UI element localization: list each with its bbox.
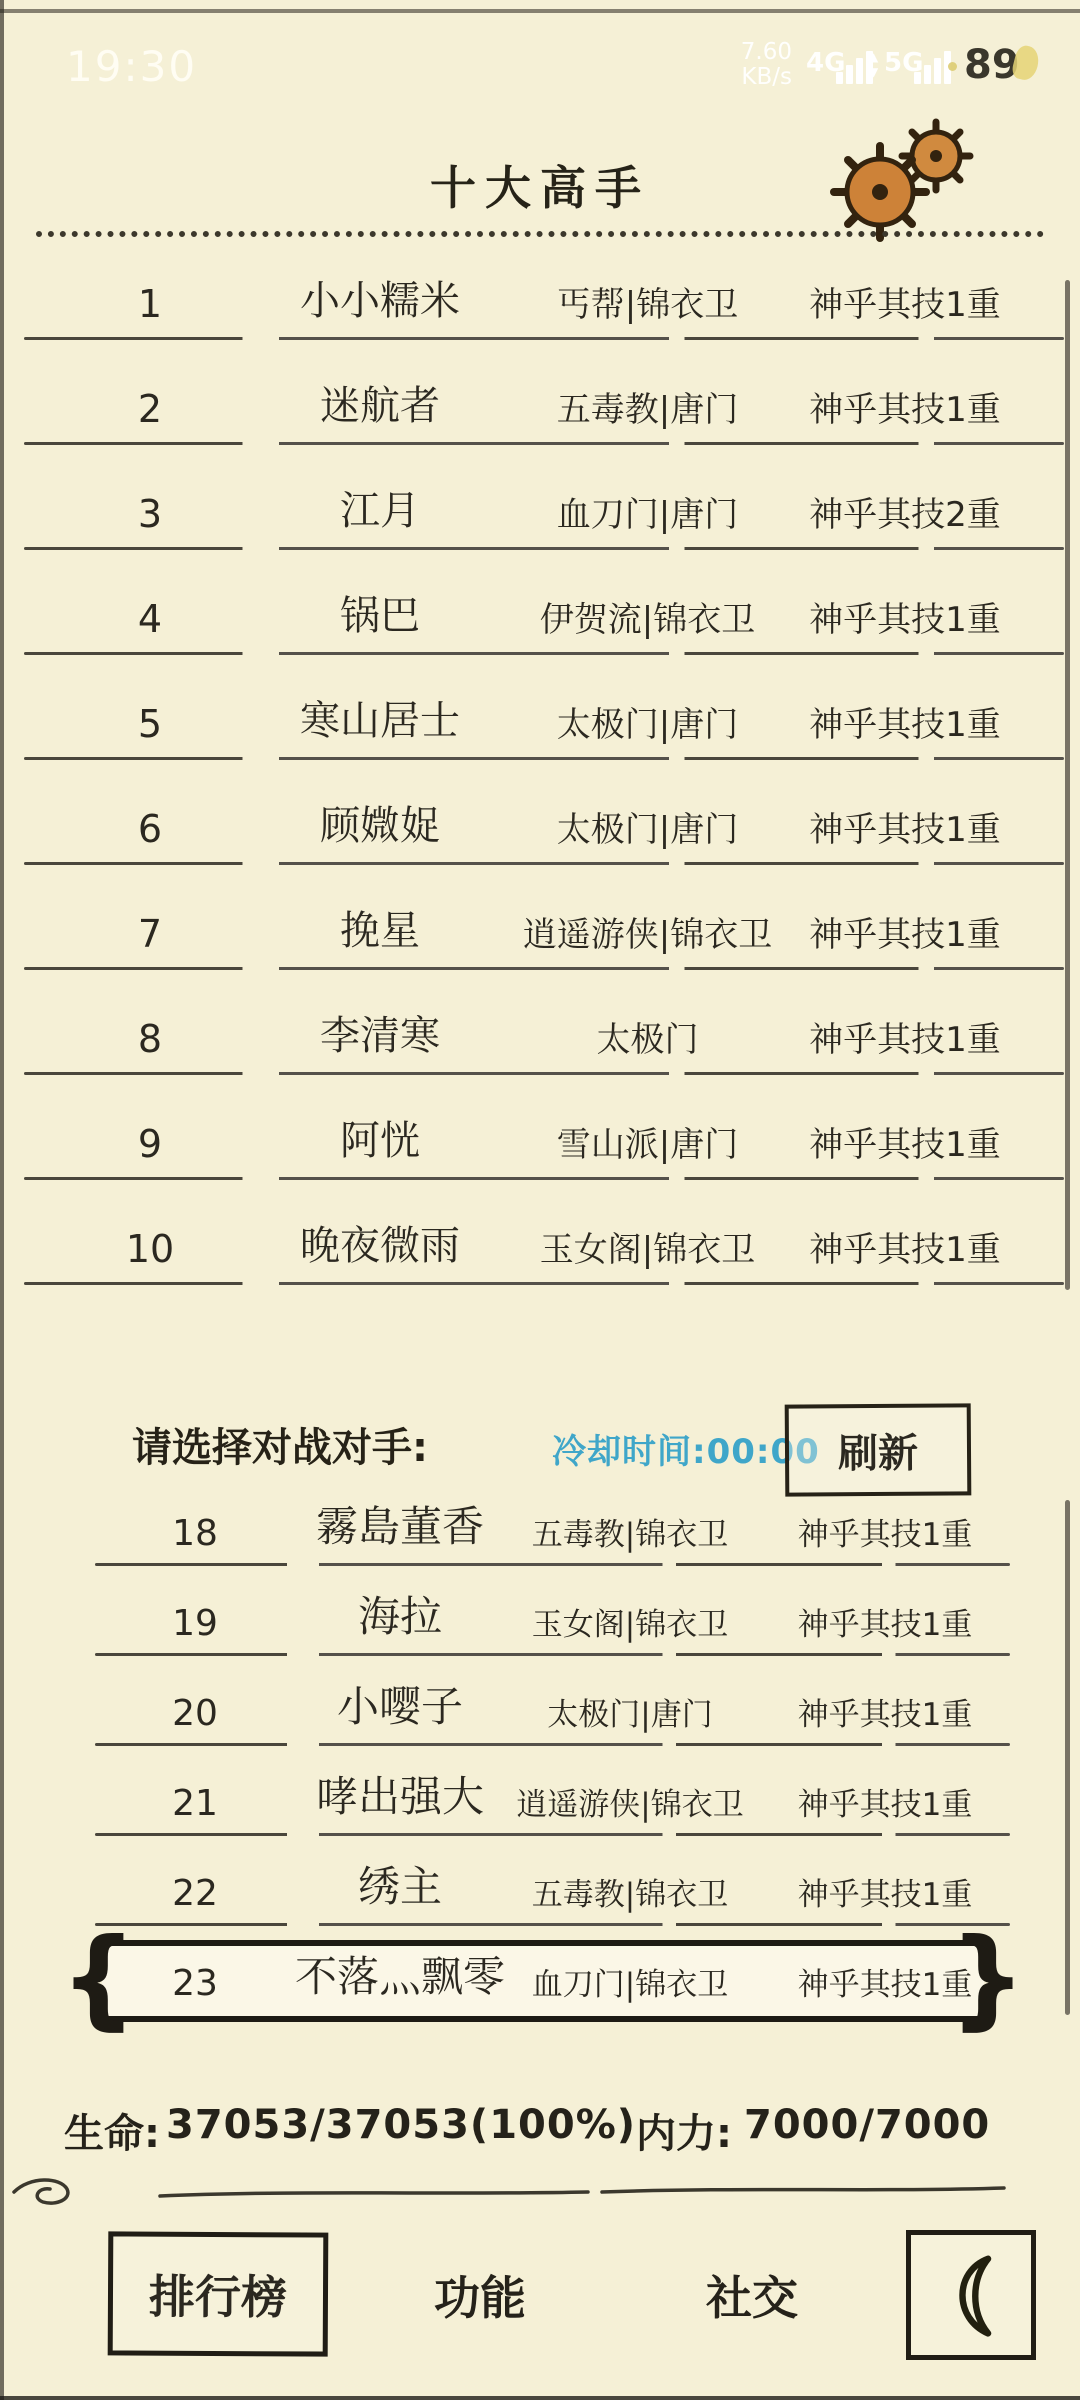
top-list-row[interactable]: 5 寒山居士 太极门|唐门 神乎其技1重 <box>0 655 1080 760</box>
opponent-list: 18 霧島董香 五毒教|锦衣卫 神乎其技1重 19 海拉 玉女阁|锦衣卫 神乎其… <box>0 1476 1080 2016</box>
opponent-skill: 神乎其技1重 <box>755 1779 1015 1824</box>
opponent-faction: 血刀门|锦衣卫 <box>515 1959 745 2004</box>
player-name: 寒山居士 <box>235 689 525 746</box>
top-list-row[interactable]: 8 李清寒 太极门 神乎其技1重 <box>0 970 1080 1075</box>
tab-ranking-label: 排行榜 <box>149 2261 287 2328</box>
opponent-faction: 太极门|唐门 <box>515 1689 745 1734</box>
player-skill: 神乎其技1重 <box>790 1117 1020 1166</box>
player-name: 晚夜微雨 <box>235 1214 525 1271</box>
status-time: 19:30 <box>66 42 197 91</box>
player-name: 挽星 <box>235 899 525 956</box>
cooldown-timer: 冷却时间:00:00 <box>552 1424 820 1473</box>
tab-social[interactable]: 社交 <box>706 2262 798 2328</box>
top-list-row[interactable]: 2 迷航者 五毒教|唐门 神乎其技1重 <box>0 340 1080 445</box>
player-faction: 伊贺流|锦衣卫 <box>520 592 775 641</box>
player-name: 锅巴 <box>235 584 525 641</box>
rank-number: 1 <box>105 282 195 326</box>
player-faction: 玉女阁|锦衣卫 <box>520 1222 775 1271</box>
rank-number: 19 <box>150 1603 240 1644</box>
tab-ranking[interactable]: 排行榜 <box>108 2231 329 2356</box>
player-skill: 神乎其技1重 <box>790 907 1020 956</box>
top-list-row[interactable]: 9 阿恍 雪山派|唐门 神乎其技1重 <box>0 1075 1080 1180</box>
player-name: 顾媺娖 <box>235 794 525 851</box>
opponent-row[interactable]: 22 绣主 五毒教|锦衣卫 神乎其技1重 <box>0 1836 1080 1926</box>
opponent-row[interactable]: 21 哮出强大 逍遥游侠|锦衣卫 神乎其技1重 <box>0 1746 1080 1836</box>
opponent-row[interactable]: 23 不落灬飘零 血刀门|锦衣卫 神乎其技1重 <box>0 1926 1080 2016</box>
player-skill: 神乎其技1重 <box>790 1012 1020 1061</box>
rank-number: 7 <box>105 912 195 956</box>
rank-number: 6 <box>105 807 195 851</box>
network-speed: 7.60 KB/s <box>741 40 792 90</box>
rank-number: 23 <box>150 1963 240 2004</box>
network-speed-unit: KB/s <box>741 65 792 90</box>
rank-number: 21 <box>150 1783 240 1824</box>
signal-bars-icon <box>914 48 951 84</box>
player-faction: 太极门|唐门 <box>520 697 775 746</box>
player-faction: 太极门 <box>520 1012 775 1061</box>
opponent-name: 海拉 <box>255 1584 545 1644</box>
opponent-row[interactable]: 20 小嘤子 太极门|唐门 神乎其技1重 <box>0 1656 1080 1746</box>
opponent-faction: 五毒教|锦衣卫 <box>515 1869 745 1914</box>
player-skill: 神乎其技1重 <box>790 592 1020 641</box>
back-button[interactable] <box>906 2230 1036 2360</box>
opponent-faction: 五毒教|锦衣卫 <box>515 1509 745 1554</box>
opponent-skill: 神乎其技1重 <box>755 1689 1015 1734</box>
top-list-row[interactable]: 10 晚夜微雨 玉女阁|锦衣卫 神乎其技1重 <box>0 1180 1080 1285</box>
rank-number: 18 <box>150 1513 240 1554</box>
player-faction: 五毒教|唐门 <box>520 382 775 431</box>
mp-label: 内力: <box>636 2102 732 2159</box>
signal-bars-icon <box>836 48 873 84</box>
player-skill: 神乎其技1重 <box>790 1222 1020 1271</box>
rank-number: 9 <box>105 1122 195 1166</box>
player-name: 李清寒 <box>235 1004 525 1061</box>
decorative-scroll-line <box>0 2166 1080 2216</box>
player-faction: 血刀门|唐门 <box>520 487 775 536</box>
battery-percent: 89 <box>964 42 1020 88</box>
player-name: 阿恍 <box>235 1109 525 1166</box>
row-underline <box>24 1282 1064 1285</box>
opponent-name: 绣主 <box>255 1854 545 1914</box>
opponent-skill: 神乎其技1重 <box>755 1869 1015 1914</box>
top-list-row[interactable]: 3 江月 血刀门|唐门 神乎其技2重 <box>0 445 1080 550</box>
player-name: 迷航者 <box>235 374 525 431</box>
top-list-row[interactable]: 4 锅巴 伊贺流|锦衣卫 神乎其技1重 <box>0 550 1080 655</box>
player-skill: 神乎其技1重 <box>790 277 1020 326</box>
hp-label: 生命: <box>64 2102 160 2159</box>
hp-value: 37053/37053(100%) <box>166 2102 636 2148</box>
back-arrow-icon <box>939 2252 1003 2338</box>
notification-dot-icon <box>948 62 957 71</box>
rank-number: 10 <box>105 1227 195 1271</box>
player-skill: 神乎其技1重 <box>790 382 1020 431</box>
top-ten-list: 1 小小糯米 丐帮|锦衣卫 神乎其技1重 2 迷航者 五毒教|唐门 神乎其技1重… <box>0 235 1080 1285</box>
mp-value: 7000/7000 <box>744 2102 990 2148</box>
opponent-row[interactable]: 18 霧島董香 五毒教|锦衣卫 神乎其技1重 <box>0 1476 1080 1566</box>
player-skill: 神乎其技2重 <box>790 487 1020 536</box>
game-screen: { "colors": { "background": "#f5f0d6", "… <box>0 0 1080 2400</box>
rank-number: 22 <box>150 1873 240 1914</box>
player-name: 小小糯米 <box>235 269 525 326</box>
rank-number: 4 <box>105 597 195 641</box>
opponent-name: 小嘤子 <box>255 1674 545 1734</box>
player-faction: 逍遥游侠|锦衣卫 <box>520 907 775 956</box>
screen-top-edge <box>0 9 1080 13</box>
screen-bottom-edge <box>0 2396 1080 2400</box>
player-name: 江月 <box>235 479 525 536</box>
opponent-faction: 玉女阁|锦衣卫 <box>515 1599 745 1644</box>
rank-number: 8 <box>105 1017 195 1061</box>
opponent-faction: 逍遥游侠|锦衣卫 <box>515 1779 745 1824</box>
top-list-row[interactable]: 7 挽星 逍遥游侠|锦衣卫 神乎其技1重 <box>0 865 1080 970</box>
opponent-skill: 神乎其技1重 <box>755 1959 1015 2004</box>
data-arrows-icon: ▲▼ <box>869 50 878 80</box>
opponent-name: 不落灬飘零 <box>255 1944 545 2004</box>
opponent-row[interactable]: 19 海拉 玉女阁|锦衣卫 神乎其技1重 <box>0 1566 1080 1656</box>
tab-functions[interactable]: 功能 <box>434 2262 526 2328</box>
player-faction: 雪山派|唐门 <box>520 1117 775 1166</box>
player-skill: 神乎其技1重 <box>790 697 1020 746</box>
rank-number: 2 <box>105 387 195 431</box>
opponent-prompt: 请选择对战对手: <box>132 1416 428 1473</box>
opponent-name: 霧島董香 <box>255 1494 545 1554</box>
network-speed-value: 7.60 <box>741 40 792 65</box>
gears-icon <box>818 118 993 243</box>
player-skill: 神乎其技1重 <box>790 802 1020 851</box>
player-faction: 太极门|唐门 <box>520 802 775 851</box>
top-list-row[interactable]: 1 小小糯米 丐帮|锦衣卫 神乎其技1重 <box>0 235 1080 340</box>
opponent-skill: 神乎其技1重 <box>755 1509 1015 1554</box>
top-list-row[interactable]: 6 顾媺娖 太极门|唐门 神乎其技1重 <box>0 760 1080 865</box>
opponent-name: 哮出强大 <box>255 1764 545 1824</box>
player-faction: 丐帮|锦衣卫 <box>520 277 775 326</box>
rank-number: 3 <box>105 492 195 536</box>
rank-number: 5 <box>105 702 195 746</box>
opponent-skill: 神乎其技1重 <box>755 1599 1015 1644</box>
rank-number: 20 <box>150 1693 240 1734</box>
